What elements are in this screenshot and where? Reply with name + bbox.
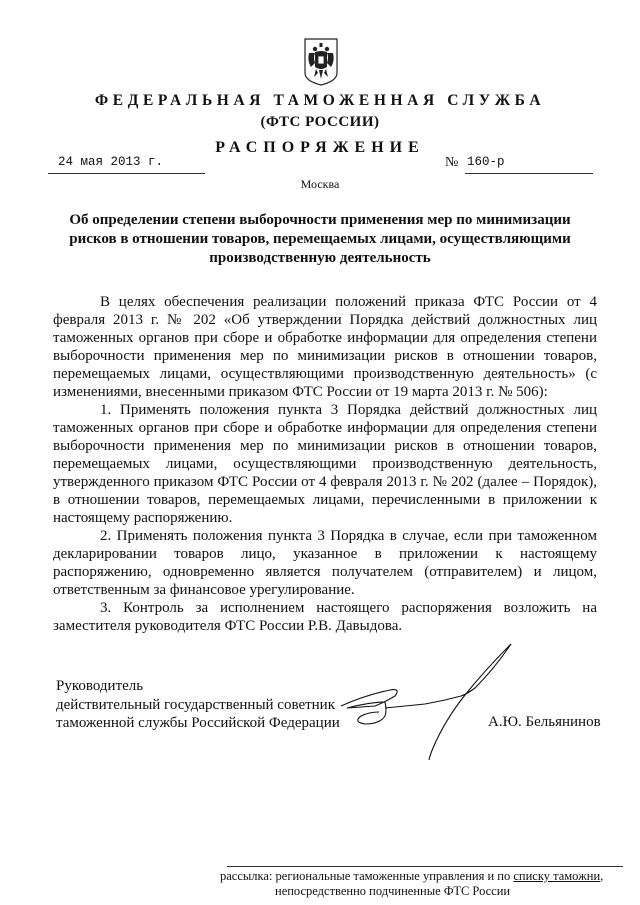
signer-position: Руководитель действительный государствен… bbox=[56, 677, 340, 733]
number-underline bbox=[465, 173, 593, 174]
position-line: действительный государственный советник bbox=[56, 696, 340, 715]
document-number: 160-р bbox=[467, 155, 505, 169]
document-title: Об определении степени выборочности прим… bbox=[60, 211, 580, 268]
signer-name: А.Ю. Бельянинов bbox=[488, 714, 601, 731]
footer-divider bbox=[227, 866, 623, 867]
agency-name: ФЕДЕРАЛЬНАЯ ТАМОЖЕННАЯ СЛУЖБА bbox=[0, 92, 640, 110]
document-body: В целях обеспечения реализации положений… bbox=[53, 293, 597, 635]
title-line: рисков в отношении товаров, перемещаемых… bbox=[60, 230, 580, 249]
distribution-text: рассылка: региональные таможенные управл… bbox=[220, 869, 513, 883]
title-line: производственную деятельность bbox=[60, 249, 580, 268]
distribution-text-line2: непосредственно подчиненные ФТС России bbox=[220, 884, 640, 899]
preamble-paragraph: В целях обеспечения реализации положений… bbox=[53, 293, 597, 401]
distribution-list: рассылка: региональные таможенные управл… bbox=[220, 869, 640, 899]
distribution-comma: , bbox=[600, 869, 603, 883]
date-underline bbox=[48, 173, 205, 174]
position-line: Руководитель bbox=[56, 677, 340, 696]
clause-2: 2. Применять положения пункта 3 Порядка … bbox=[53, 527, 597, 599]
city: Москва bbox=[0, 177, 640, 192]
position-line: таможенной службы Российской Федерации bbox=[56, 714, 340, 733]
handwritten-signature-icon bbox=[335, 640, 515, 775]
coat-of-arms-icon bbox=[303, 37, 339, 87]
clause-3: 3. Контроль за исполнением настоящего ра… bbox=[53, 599, 597, 635]
agency-short-name: (ФТС РОССИИ) bbox=[0, 114, 640, 131]
title-line: Об определении степени выборочности прим… bbox=[60, 211, 580, 230]
clause-1: 1. Применять положения пункта 3 Порядка … bbox=[53, 401, 597, 527]
document-date: 24 мая 2013 г. bbox=[58, 155, 163, 169]
distribution-link[interactable]: списку таможни bbox=[513, 869, 600, 883]
number-sign: № bbox=[445, 155, 458, 171]
